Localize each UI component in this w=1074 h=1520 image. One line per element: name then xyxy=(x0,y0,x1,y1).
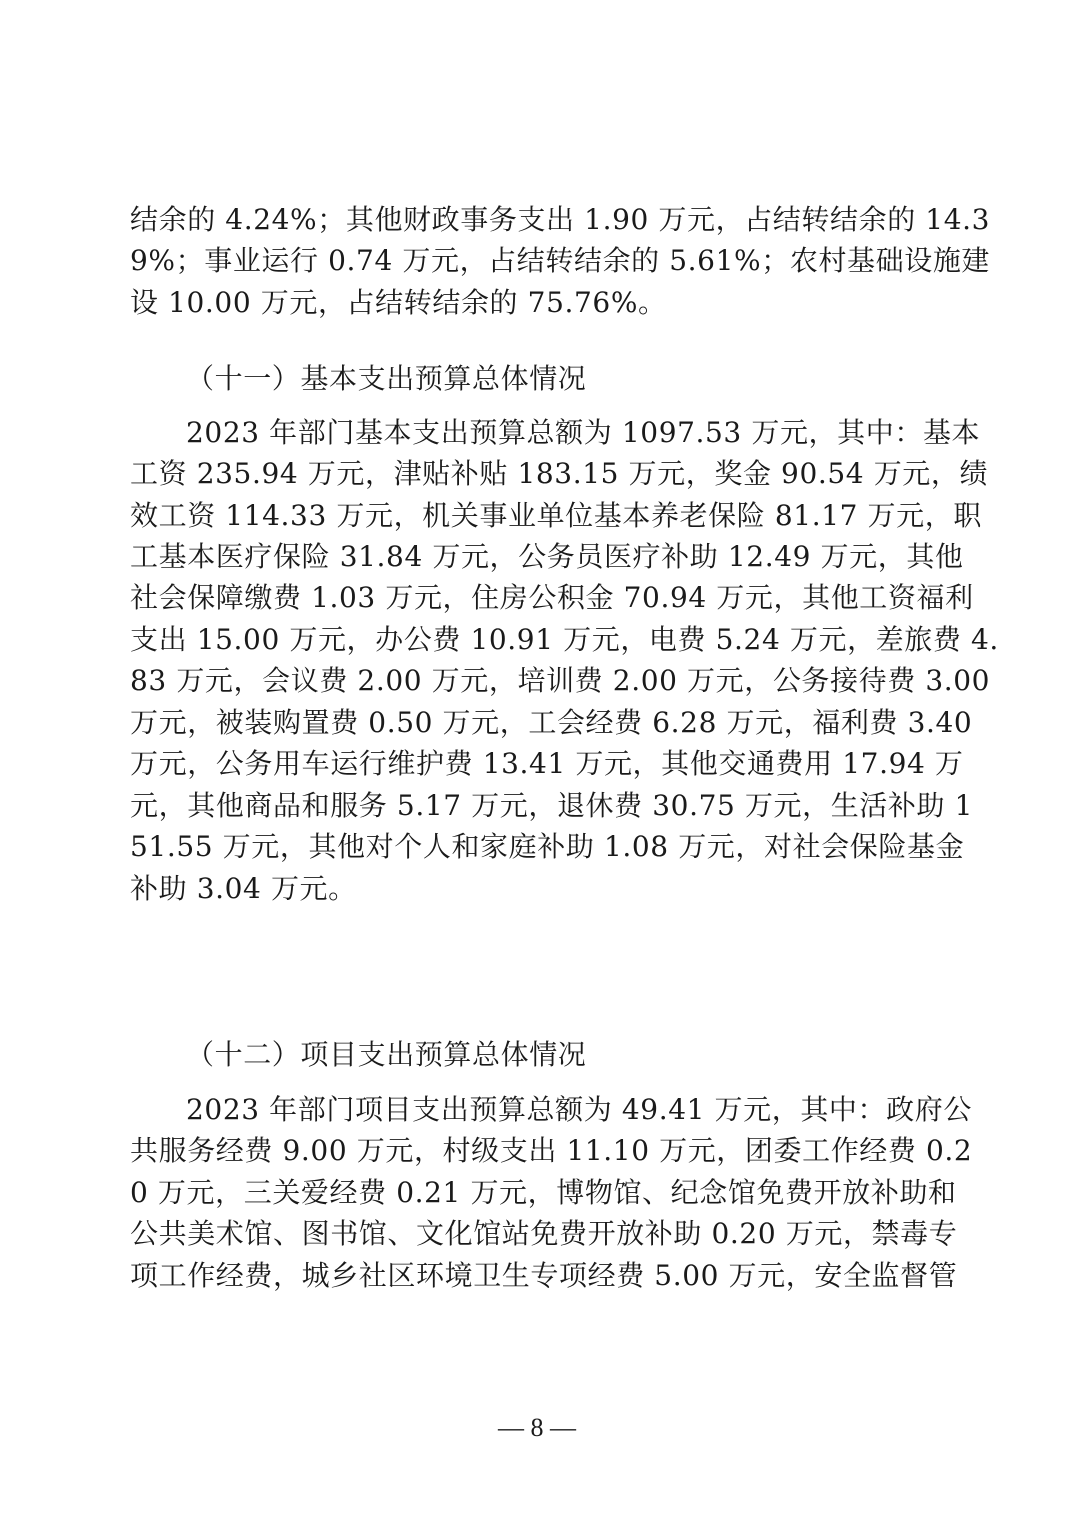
paragraph-line: 结余的 4.24%；其他财政事务支出 1.90 万元，占结转结余的 14.3 xyxy=(130,199,946,241)
paragraph-line: 共服务经费 9.00 万元，村级支出 11.10 万元，团委工作经费 0.2 xyxy=(130,1130,946,1172)
paragraph-line: 工基本医疗保险 31.84 万元，公务员医疗补助 12.49 万元，其他 xyxy=(130,536,946,578)
paragraph-line: 设 10.00 万元，占结转结余的 75.76%。 xyxy=(130,282,946,324)
document-page: 结余的 4.24%；其他财政事务支出 1.90 万元，占结转结余的 14.3 9… xyxy=(0,0,1074,1520)
paragraph-line: 补助 3.04 万元。 xyxy=(130,868,946,910)
paragraph-line: 社会保障缴费 1.03 万元，住房公积金 70.94 万元，其他工资福利 xyxy=(130,577,946,619)
paragraph-line: 9%；事业运行 0.74 万元，占结转结余的 5.61%；农村基础设施建 xyxy=(130,240,946,282)
section-heading-basic-expenditure: （十一）基本支出预算总体情况 xyxy=(186,358,946,400)
paragraph-line: 元，其他商品和服务 5.17 万元，退休费 30.75 万元，生活补助 1 xyxy=(130,785,946,827)
paragraph-line: 83 万元，会议费 2.00 万元，培训费 2.00 万元，公务接待费 3.00 xyxy=(130,660,946,702)
paragraph-line: 工资 235.94 万元，津贴补贴 183.15 万元，奖金 90.54 万元，… xyxy=(130,453,946,495)
paragraph-line: 2023 年部门项目支出预算总额为 49.41 万元，其中：政府公 xyxy=(186,1089,946,1131)
paragraph-line: 0 万元，三关爱经费 0.21 万元，博物馆、纪念馆免费开放补助和 xyxy=(130,1172,946,1214)
paragraph-line: 项工作经费，城乡社区环境卫生专项经费 5.00 万元，安全监督管 xyxy=(130,1255,946,1297)
paragraph-line: 万元，被装购置费 0.50 万元，工会经费 6.28 万元，福利费 3.40 xyxy=(130,702,946,744)
paragraph-line: 公共美术馆、图书馆、文化馆站免费开放补助 0.20 万元，禁毒专 xyxy=(130,1213,946,1255)
paragraph-line: 支出 15.00 万元，办公费 10.91 万元，电费 5.24 万元，差旅费 … xyxy=(130,619,946,661)
paragraph-line: 51.55 万元，其他对个人和家庭补助 1.08 万元，对社会保险基金 xyxy=(130,826,946,868)
paragraph-line: 2023 年部门基本支出预算总额为 1097.53 万元，其中：基本 xyxy=(186,412,946,454)
page-number: — 8 — xyxy=(0,1410,1074,1446)
section-heading-project-expenditure: （十二）项目支出预算总体情况 xyxy=(186,1034,946,1076)
paragraph-line: 万元，公务用车运行维护费 13.41 万元，其他交通费用 17.94 万 xyxy=(130,743,946,785)
paragraph-line: 效工资 114.33 万元，机关事业单位基本养老保险 81.17 万元，职 xyxy=(130,495,946,537)
